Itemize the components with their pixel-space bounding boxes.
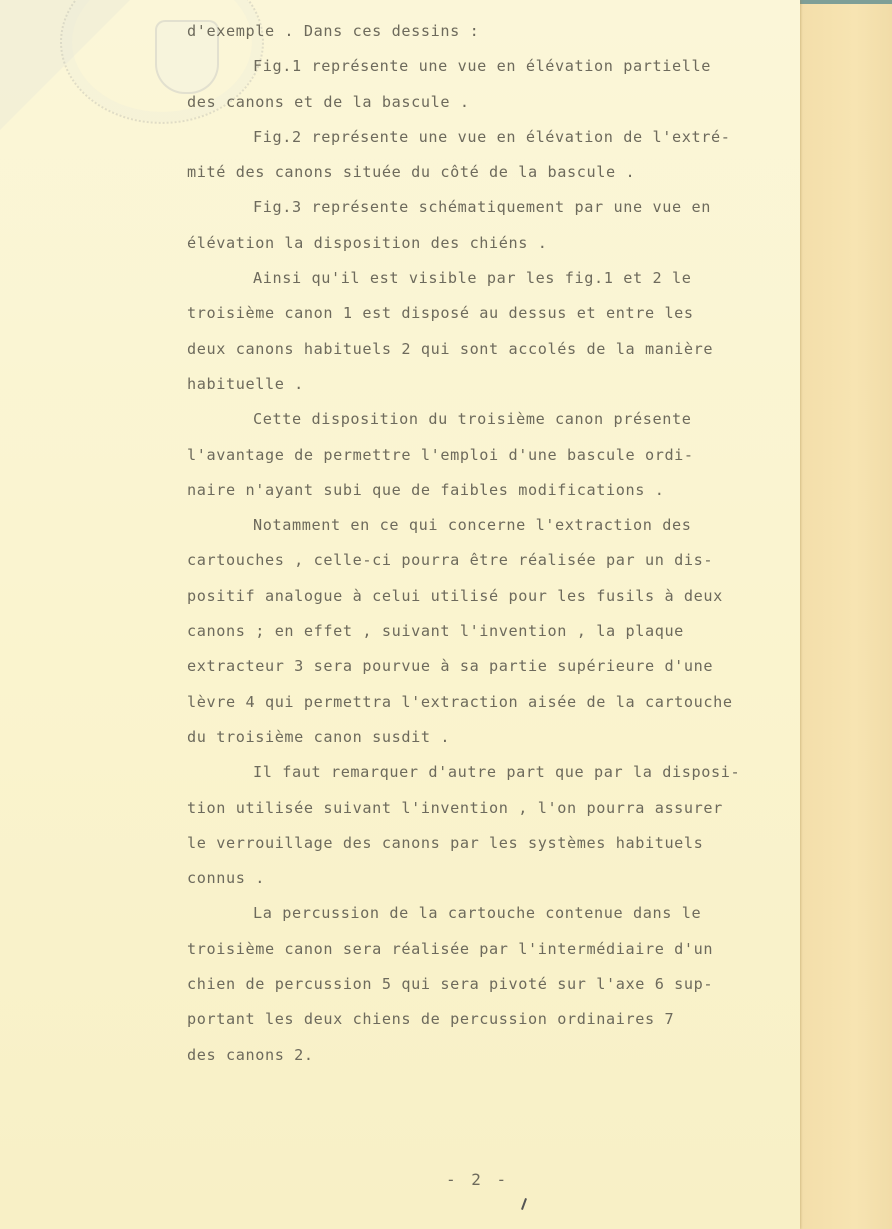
text-line: Ainsi qu'il est visible par les fig.1 et… bbox=[187, 261, 787, 296]
text-line: des canons et de la bascule . bbox=[187, 85, 787, 120]
pencil-mark bbox=[521, 1198, 527, 1210]
page-number: - 2 - bbox=[446, 1170, 509, 1189]
text-line: le verrouillage des canons par les systè… bbox=[187, 826, 787, 861]
text-line: deux canons habituels 2 qui sont accolés… bbox=[187, 332, 787, 367]
text-line: Notamment en ce qui concerne l'extractio… bbox=[187, 508, 787, 543]
text-line: Cette disposition du troisième canon pré… bbox=[187, 402, 787, 437]
text-line: l'avantage de permettre l'emploi d'une b… bbox=[187, 438, 787, 473]
text-line: élévation la disposition des chiéns . bbox=[187, 226, 787, 261]
text-line: canons ; en effet , suivant l'invention … bbox=[187, 614, 787, 649]
typed-text-body: d'exemple . Dans ces dessins : Fig.1 rep… bbox=[187, 14, 787, 1073]
text-line: habituelle . bbox=[187, 367, 787, 402]
text-line: d'exemple . Dans ces dessins : bbox=[187, 14, 787, 49]
text-line: chien de percussion 5 qui sera pivoté su… bbox=[187, 967, 787, 1002]
text-line: Fig.1 représente une vue en élévation pa… bbox=[187, 49, 787, 84]
text-line: des canons 2. bbox=[187, 1038, 787, 1073]
text-line: cartouches , celle-ci pourra être réalis… bbox=[187, 543, 787, 578]
text-line: Fig.2 représente une vue en élévation de… bbox=[187, 120, 787, 155]
text-line: du troisième canon susdit . bbox=[187, 720, 787, 755]
text-line: naire n'ayant subi que de faibles modifi… bbox=[187, 473, 787, 508]
backing-edge-strip bbox=[795, 0, 892, 4]
text-line: connus . bbox=[187, 861, 787, 896]
text-line: extracteur 3 sera pourvue à sa partie su… bbox=[187, 649, 787, 684]
text-line: lèvre 4 qui permettra l'extraction aisée… bbox=[187, 685, 787, 720]
text-line: Il faut remarquer d'autre part que par l… bbox=[187, 755, 787, 790]
document-page: d'exemple . Dans ces dessins : Fig.1 rep… bbox=[0, 0, 800, 1229]
text-line: mité des canons située du côté de la bas… bbox=[187, 155, 787, 190]
text-line: positif analogue à celui utilisé pour le… bbox=[187, 579, 787, 614]
text-line: portant les deux chiens de percussion or… bbox=[187, 1002, 787, 1037]
text-line: troisième canon 1 est disposé au dessus … bbox=[187, 296, 787, 331]
text-line: tion utilisée suivant l'invention , l'on… bbox=[187, 791, 787, 826]
text-line: La percussion de la cartouche contenue d… bbox=[187, 896, 787, 931]
text-line: Fig.3 représente schématiquement par une… bbox=[187, 190, 787, 225]
backing-sheet bbox=[800, 0, 892, 1229]
text-line: troisième canon sera réalisée par l'inte… bbox=[187, 932, 787, 967]
